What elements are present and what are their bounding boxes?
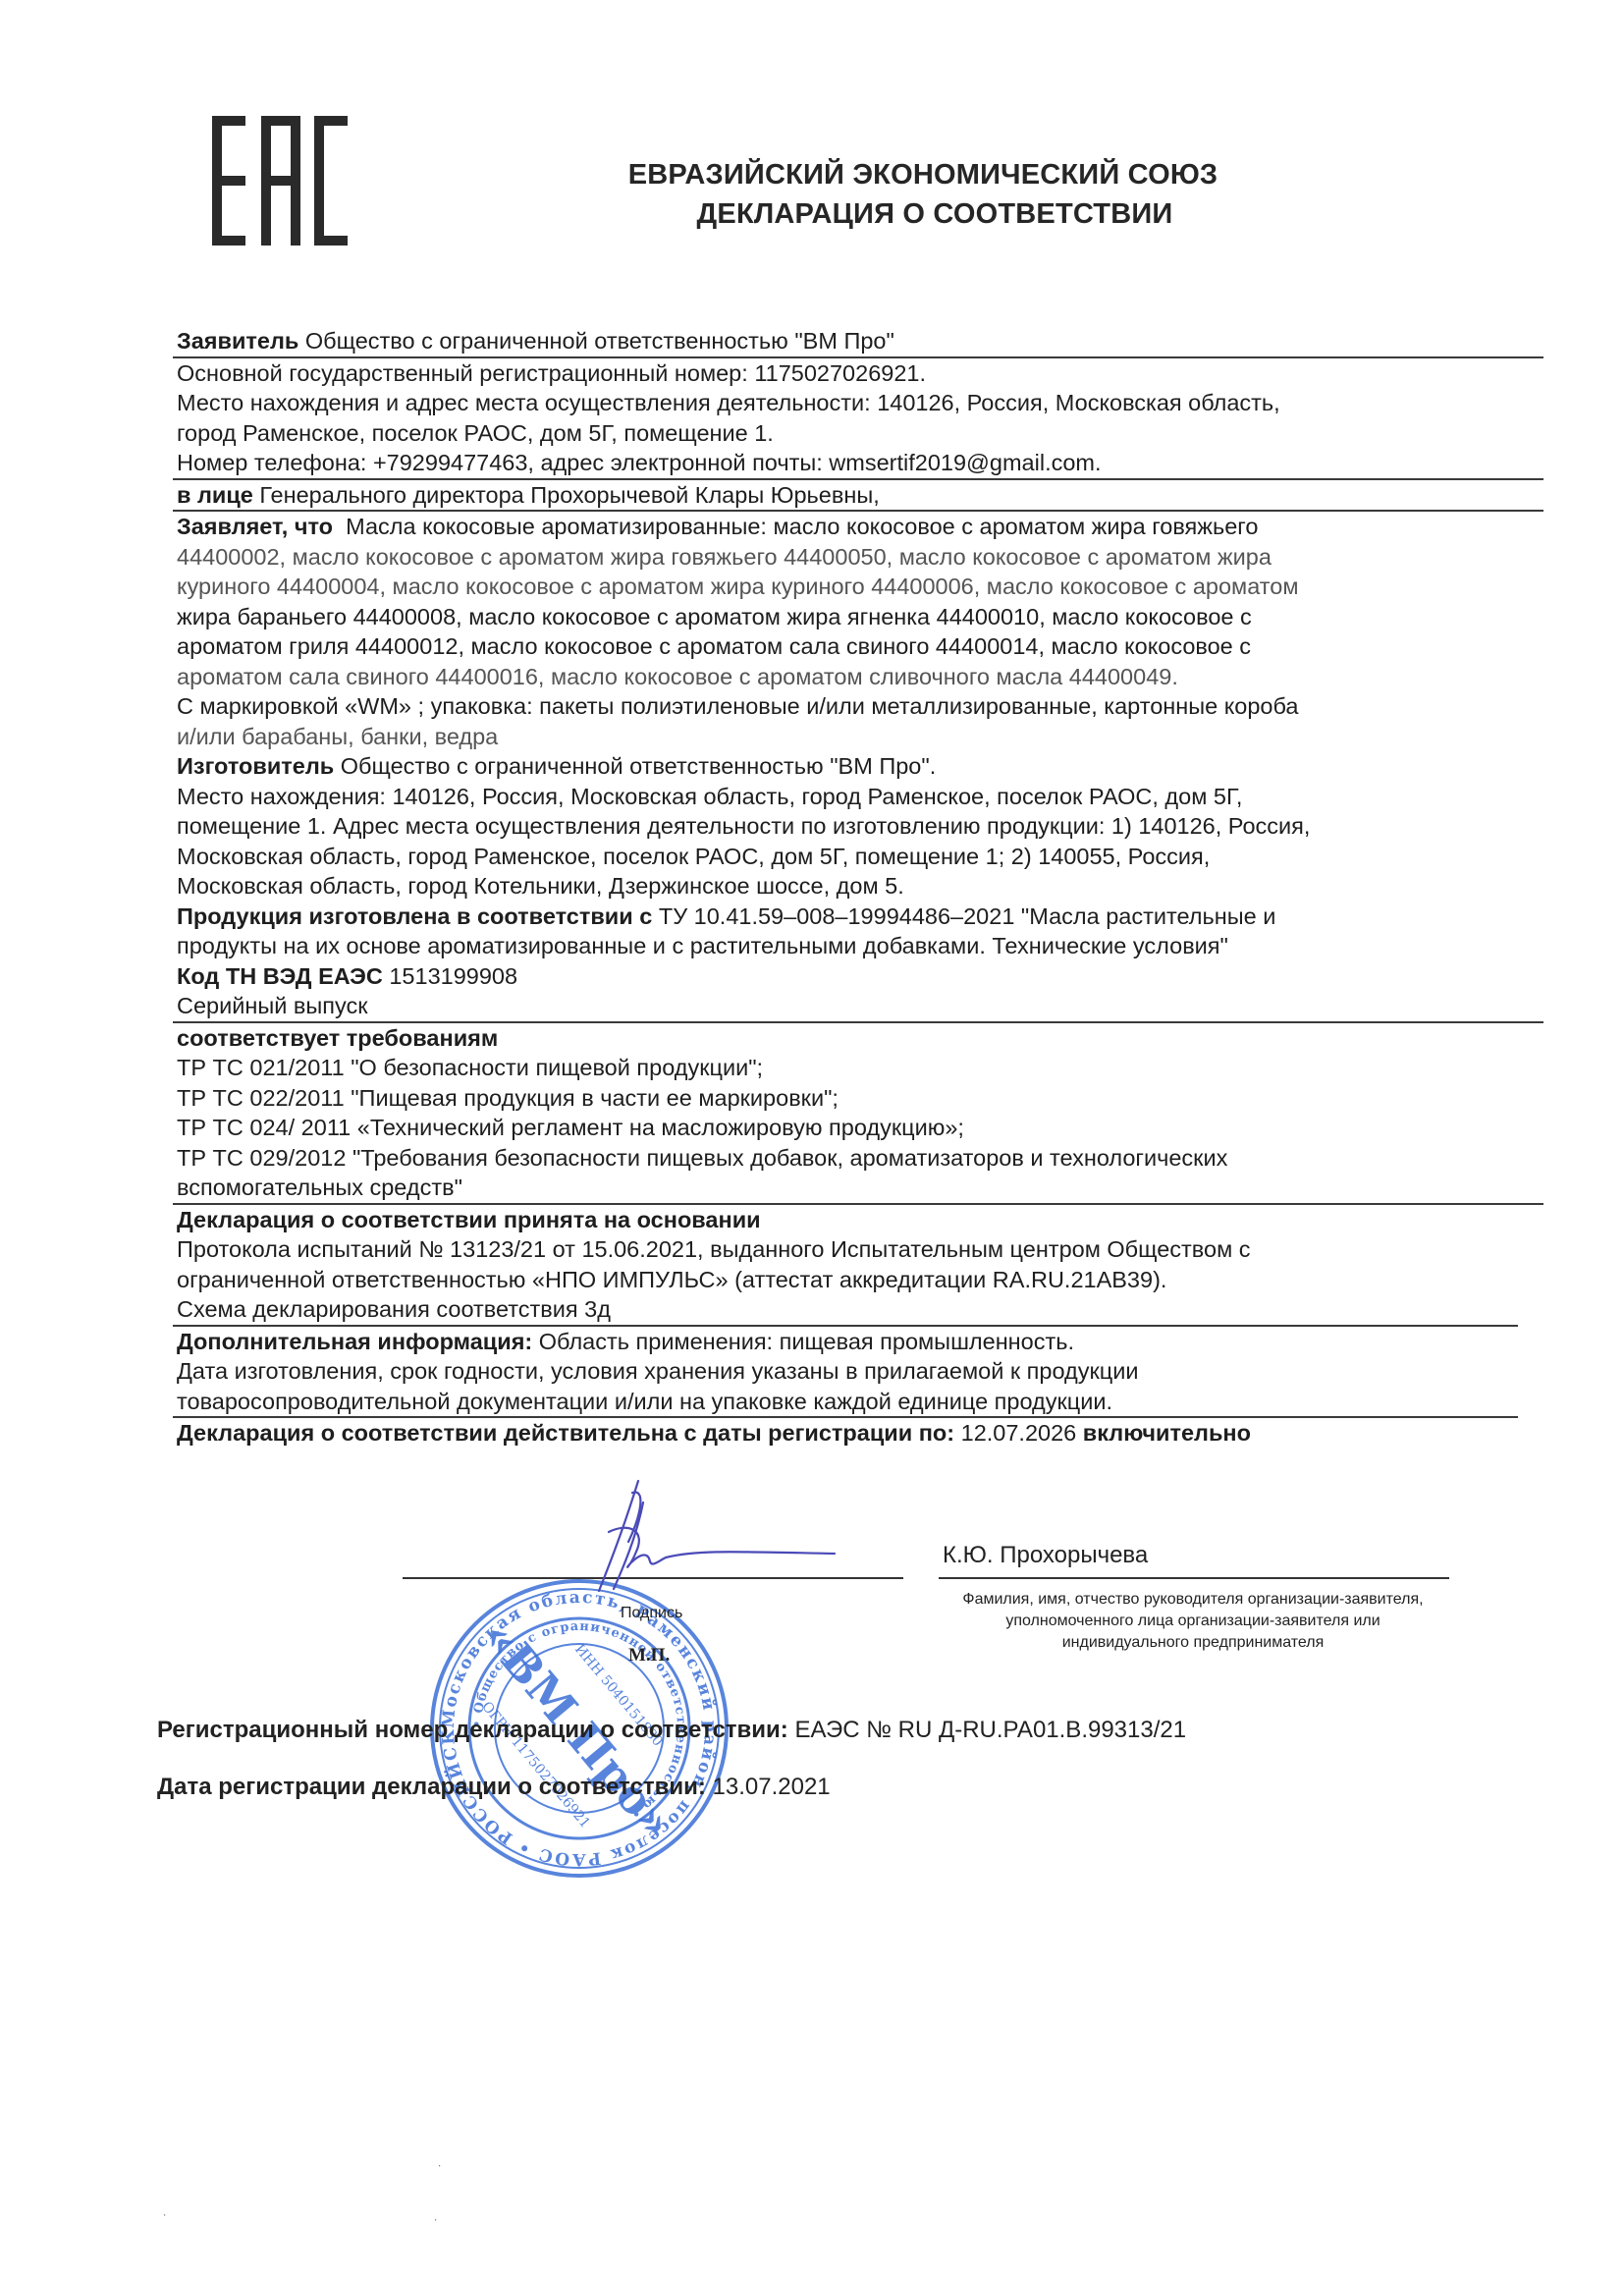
additional-line: Дата изготовления, срок годности, услови… (177, 1356, 1542, 1387)
product-line: ароматом сала свиного 44400016, масло ко… (177, 662, 1542, 692)
product-line: жира бараньего 44400008, масло кокосовое… (177, 602, 1542, 632)
additional-scope: Область применения: пищевая промышленнос… (539, 1329, 1074, 1354)
signatory-caption: Фамилия, имя, отчество руководителя орга… (928, 1589, 1458, 1654)
represented-label: в лице (177, 482, 253, 508)
document-title: ДЕКЛАРАЦИЯ О СООТВЕТСТВИИ (569, 194, 1276, 234)
declares-row: Заявляет, что Масла кокосовые ароматизир… (177, 512, 1542, 542)
validity-date: 12.07.2026 (961, 1420, 1077, 1446)
produced-per-row: Продукция изготовлена в соответствии с Т… (177, 902, 1542, 932)
applicant-address-1: Место нахождения и адрес места осуществл… (177, 388, 1542, 418)
validity-row: Декларация о соответствии действительна … (177, 1418, 1542, 1449)
applicant-contacts: Номер телефона: +79299477463, адрес элек… (177, 448, 1542, 478)
produced-per-label: Продукция изготовлена в соответствии с (177, 903, 652, 929)
requirements-label: соответствует требованиям (177, 1023, 1542, 1054)
manufacturer-address: Московская область, город Раменское, пос… (177, 842, 1542, 872)
hs-code-label: Код ТН ВЭД ЕАЭС (177, 963, 383, 989)
represented-row: в лице Генерального директора Прохорычев… (177, 480, 1542, 511)
requirement-item: ТР ТС 024/ 2011 «Технический регламент н… (177, 1113, 1542, 1143)
signature-label: Подпись (621, 1605, 682, 1622)
validity-suffix: включительно (1083, 1420, 1251, 1446)
seal-label: М.П. (628, 1645, 670, 1667)
applicant-address-2: город Раменское, поселок РАОС, дом 5Г, п… (177, 418, 1542, 449)
product-line: Масла кокосовые ароматизированные: масло… (346, 514, 1258, 539)
document-header: ЕВРАЗИЙСКИЙ ЭКОНОМИЧЕСКИЙ СОЮЗ ДЕКЛАРАЦИ… (569, 155, 1276, 234)
union-title: ЕВРАЗИЙСКИЙ ЭКОНОМИЧЕСКИЙ СОЮЗ (569, 155, 1276, 194)
hs-code-row: Код ТН ВЭД ЕАЭС 1513199908 (177, 961, 1542, 992)
requirement-item: вспомогательных средств" (177, 1173, 1542, 1203)
applicant-label: Заявитель (177, 328, 298, 354)
registration-date-label: Дата регистрации декларации о соответств… (157, 1774, 706, 1800)
declares-label: Заявляет, что (177, 514, 333, 539)
product-line: куриного 44400004, масло кокосовое с аро… (177, 572, 1542, 602)
manufacturer-name: Общество с ограниченной ответственностью… (341, 753, 936, 779)
additional-label: Дополнительная информация: (177, 1329, 532, 1354)
manufacturer-label: Изготовитель (177, 753, 334, 779)
basis-line: Протокола испытаний № 13123/21 от 15.06.… (177, 1234, 1542, 1265)
applicant-row: Заявитель Общество с ограниченной ответс… (177, 326, 1542, 356)
registration-date: 13.07.2021 (713, 1774, 831, 1800)
additional-line: товаросопроводительной документации и/ил… (177, 1387, 1542, 1417)
declaration-body: Заявитель Общество с ограниченной ответс… (177, 326, 1542, 1449)
manufacturer-address: помещение 1. Адрес места осуществления д… (177, 811, 1542, 842)
basis-label: Декларация о соответствии принята на осн… (177, 1205, 1542, 1235)
scan-artifact: · (438, 2160, 441, 2171)
tech-spec: ТУ 10.41.59–008–19994486–2021 "Масла рас… (659, 903, 1276, 929)
validity-label: Декларация о соответствии действительна … (177, 1420, 954, 1446)
requirement-item: ТР ТС 021/2011 "О безопасности пищевой п… (177, 1053, 1542, 1083)
manufacturer-row: Изготовитель Общество с ограниченной отв… (177, 751, 1542, 782)
manufacturer-address: Московская область, город Котельники, Дз… (177, 871, 1542, 902)
packaging-line: С маркировкой «WM» ; упаковка: пакеты по… (177, 691, 1542, 722)
basis-scheme: Схема декларирования соответствия 3д (177, 1294, 1542, 1325)
signature-icon (589, 1473, 844, 1601)
registration-date-row: Дата регистрации декларации о соответств… (157, 1774, 831, 1801)
scan-artifact: · (163, 2210, 166, 2220)
signatory-name: К.Ю. Прохорычева (943, 1542, 1148, 1569)
name-line (939, 1577, 1449, 1579)
manufacturer-address: Место нахождения: 140126, Россия, Москов… (177, 782, 1542, 812)
represented-by: Генерального директора Прохорычевой Клар… (259, 482, 879, 508)
caption-line: индивидуального предпринимателя (928, 1632, 1458, 1654)
scan-artifact: · (434, 2214, 437, 2225)
product-line: ароматом гриля 44400012, масло кокосовое… (177, 631, 1542, 662)
caption-line: Фамилия, имя, отчество руководителя орга… (928, 1589, 1458, 1611)
release-type: Серийный выпуск (177, 991, 1542, 1021)
requirement-item: ТР ТС 022/2011 "Пищевая продукция в част… (177, 1083, 1542, 1114)
requirement-item: ТР ТС 029/2012 "Требования безопасности … (177, 1143, 1542, 1174)
product-line: 44400002, масло кокосовое с ароматом жир… (177, 542, 1542, 573)
applicant-ogrn: Основной государственный регистрационный… (177, 358, 1542, 389)
hs-code-value: 1513199908 (389, 963, 517, 989)
registration-number: ЕАЭС № RU Д-RU.РА01.В.99313/21 (794, 1717, 1186, 1743)
basis-line: ограниченной ответственностью «НПО ИМПУЛ… (177, 1265, 1542, 1295)
tech-spec-cont: продукты на их основе ароматизированные … (177, 931, 1542, 961)
additional-row: Дополнительная информация: Область приме… (177, 1327, 1542, 1357)
caption-line: уполномоченного лица организации-заявите… (928, 1611, 1458, 1632)
registration-number-row: Регистрационный номер декларации о соотв… (157, 1717, 1186, 1744)
registration-number-label: Регистрационный номер декларации о соотв… (157, 1717, 788, 1743)
applicant-name: Общество с ограниченной ответственностью… (305, 328, 894, 354)
packaging-line: и/или барабаны, банки, ведра (177, 722, 1542, 752)
eac-mark-icon (208, 116, 355, 246)
